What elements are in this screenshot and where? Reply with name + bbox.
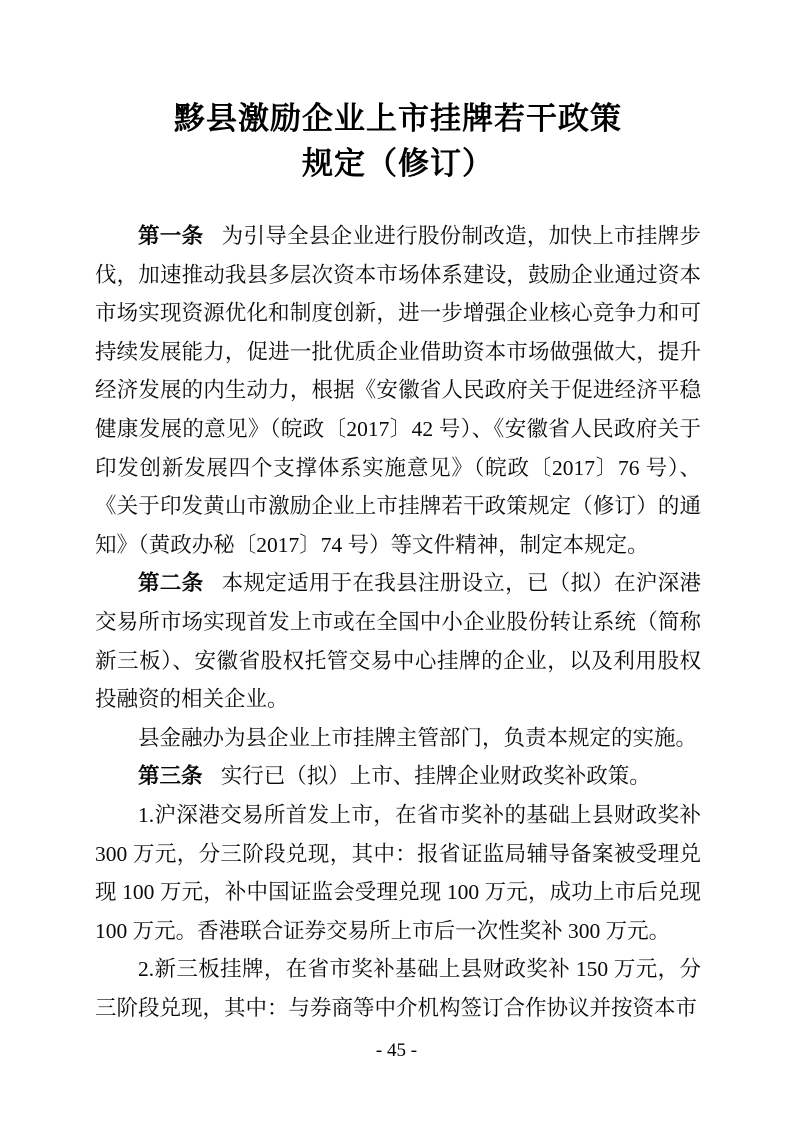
paragraph-article-1: 第一条为引导全县企业进行股份制改造，加快上市挂牌步伐，加速推动我县多层次资本市场… — [95, 217, 701, 564]
paragraph-text: 1.沪深港交易所首发上市，在省市奖补的基础上县财政奖补 300 万元，分三阶段兑… — [95, 803, 701, 943]
paragraph-implementation: 县金融办为县企业上市挂牌主管部门，负责本规定的实施。 — [95, 719, 701, 758]
article-number: 第一条 — [138, 224, 203, 248]
article-number: 第二条 — [138, 571, 203, 595]
paragraph-text: 为引导全县企业进行股份制改造，加快上市挂牌步伐，加速推动我县多层次资本市场体系建… — [95, 224, 701, 557]
paragraph-text: 2.新三板挂牌，在省市奖补基础上县财政奖补 150 万元，分三阶段兑现，其中：与… — [95, 957, 701, 1020]
paragraph-text: 实行已（拟）上市、挂牌企业财政奖补政策。 — [221, 764, 651, 788]
document-page: 黟县激励企业上市挂牌若干政策 规定（修订） 第一条为引导全县企业进行股份制改造，… — [0, 0, 793, 1122]
paragraph-item-1: 1.沪深港交易所首发上市，在省市奖补的基础上县财政奖补 300 万元，分三阶段兑… — [95, 796, 701, 950]
page-number: - 45 - — [0, 1040, 793, 1062]
document-title-line-2: 规定（修订） — [95, 141, 701, 186]
paragraph-text: 县金融办为县企业上市挂牌主管部门，负责本规定的实施。 — [138, 726, 697, 750]
document-title-line-1: 黟县激励企业上市挂牌若干政策 — [95, 96, 701, 141]
document-content: 黟县激励企业上市挂牌若干政策 规定（修订） 第一条为引导全县企业进行股份制改造，… — [0, 0, 793, 1027]
paragraph-article-3: 第三条实行已（拟）上市、挂牌企业财政奖补政策。 — [95, 757, 701, 796]
article-number: 第三条 — [138, 764, 203, 788]
paragraph-article-2: 第二条本规定适用于在我县注册设立，已（拟）在沪深港交易所市场实现首发上市或在全国… — [95, 564, 701, 718]
paragraph-item-2: 2.新三板挂牌，在省市奖补基础上县财政奖补 150 万元，分三阶段兑现，其中：与… — [95, 950, 701, 1027]
document-body: 第一条为引导全县企业进行股份制改造，加快上市挂牌步伐，加速推动我县多层次资本市场… — [95, 217, 701, 1027]
document-title: 黟县激励企业上市挂牌若干政策 规定（修订） — [95, 0, 701, 186]
